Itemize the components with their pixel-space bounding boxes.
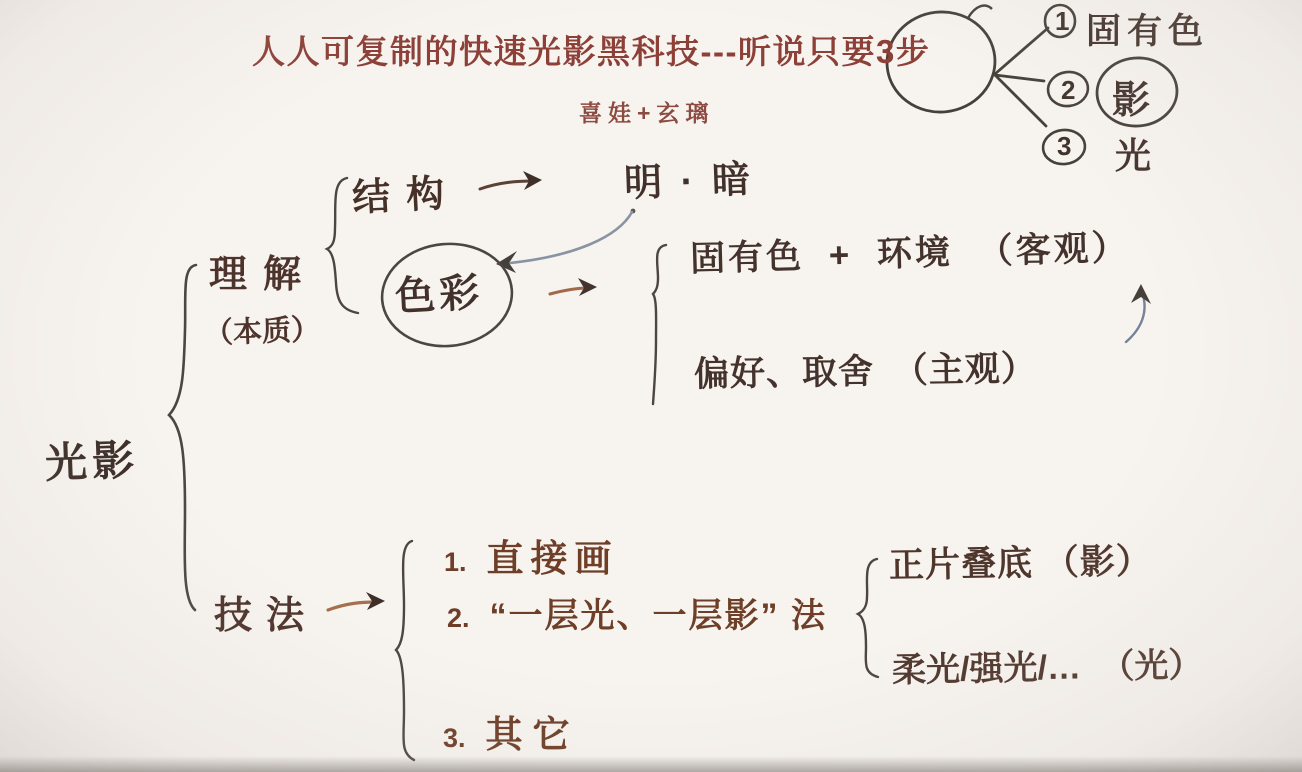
technique-item-2: 2. “一层光、一层影” 法	[447, 588, 827, 637]
page-title: 人人可复制的快速光影黑科技---听说只要3步	[252, 26, 930, 73]
technique-item-1: 1. 直接画	[444, 528, 619, 582]
technique-item-3-number: 3.	[443, 723, 466, 754]
color-node: 色彩	[394, 261, 485, 323]
technique-item-3-text: 其它	[486, 704, 580, 758]
understand-note: （本质）	[203, 307, 320, 352]
legend-item-2-label: 影	[1112, 69, 1150, 124]
legend-branch-lines	[995, 28, 1048, 126]
technique-item-2-number: 2.	[447, 603, 470, 634]
technique-item-2-text: “一层光、一层影” 法	[490, 588, 827, 637]
technique-list-brace	[396, 541, 414, 760]
root-node-light-shadow: 光影	[44, 427, 140, 490]
root-brace	[169, 265, 196, 610]
structure-node: 结构	[351, 161, 462, 222]
branch-line-2	[995, 75, 1044, 81]
objective-line: 固有色 + 环境 （客观）	[689, 220, 1130, 281]
technique-node: 技法	[214, 584, 318, 639]
technique-item-1-text: 直接画	[487, 528, 619, 582]
branch-line-1	[995, 28, 1048, 74]
shadow-blend-node: 正片叠底 （影）	[889, 534, 1153, 589]
legend-item-2-number: 2	[1061, 75, 1075, 106]
color-children-brace	[653, 245, 666, 404]
legend-item-3-number: 3	[1057, 131, 1071, 162]
page-subtitle: 喜娃+玄璃	[579, 95, 714, 128]
circle-pen-tail	[968, 6, 992, 18]
branch-line-3	[995, 75, 1046, 126]
understand-node: 理解	[209, 243, 317, 298]
technique-arrowhead	[366, 592, 385, 610]
legend-item-3-label: 光	[1115, 128, 1151, 179]
legend-item-1-number: 1	[1055, 6, 1069, 37]
structure-arrow-icon	[480, 181, 533, 189]
structure-arrowhead	[523, 171, 542, 190]
technique-item-3: 3. 其它	[443, 704, 580, 758]
layer-method-brace	[858, 559, 878, 677]
paper-bottom-edge	[0, 756, 1302, 772]
subjective-line: 偏好、取舍 （主观）	[694, 341, 1038, 397]
handwritten-mindmap-page: 人人可复制的快速光影黑科技---听说只要3步 喜娃+玄璃 1 固有色 2 影 3…	[0, 0, 1302, 772]
technique-item-1-number: 1.	[444, 547, 467, 578]
color-arrow-icon	[550, 288, 588, 294]
technique-arrow-icon	[328, 602, 376, 610]
subjective-to-objective-arrow-icon	[1126, 292, 1145, 342]
bright-dark-node: 明 · 暗	[623, 148, 751, 207]
light-blend-node: 柔光/强光/… （光）	[892, 637, 1203, 691]
legend-item-1-label: 固有色	[1086, 4, 1209, 54]
brightdark-to-color-arrowhead	[496, 251, 517, 273]
curve-arrow-start-dot	[631, 209, 636, 214]
up-arrowhead	[1131, 284, 1151, 304]
color-arrowhead	[578, 278, 597, 296]
brightdark-to-color-arrow-icon	[510, 212, 632, 263]
